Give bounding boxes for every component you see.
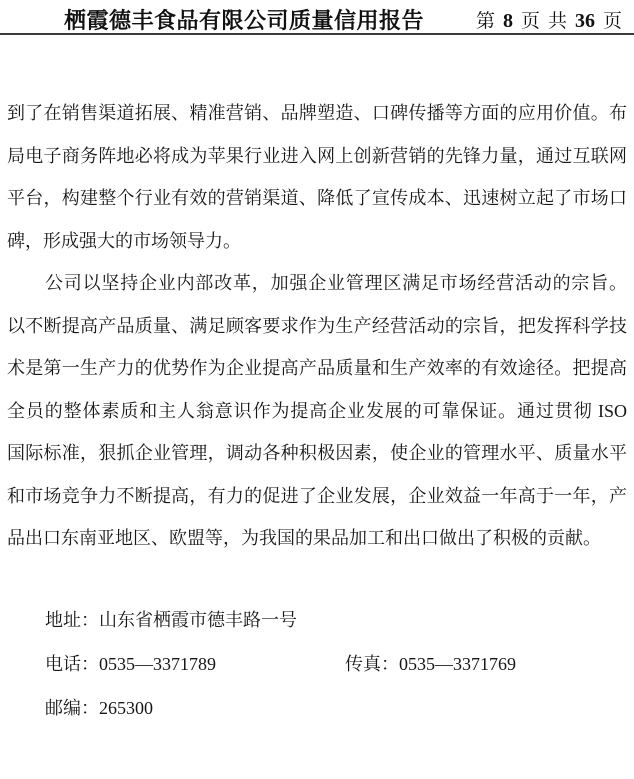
phone-fax-line: 电话：0535—3371789 传真：0535—3371769 bbox=[45, 642, 634, 686]
page-number-indicator: 第8页共36页 bbox=[472, 6, 626, 33]
current-page-number: 8 bbox=[503, 10, 513, 32]
header-title: 栖霞德丰食品有限公司质量信用报告 bbox=[64, 4, 424, 35]
text-line: 品出口东南亚地区、欧盟等，为我国的果品加工和出口做出了积极的贡献。 bbox=[7, 517, 627, 560]
text-line: 全员的整体素质和主人翁意识作为提高企业发展的可靠保证。通过贯彻 ISO bbox=[7, 390, 627, 433]
text-line: 公司以坚持企业内部改革，加强企业管理区满足市场经营活动的宗旨。 bbox=[7, 262, 627, 305]
text-line: 局电子商务阵地必将成为苹果行业进入网上创新营销的先锋力量，通过互联网 bbox=[7, 135, 627, 178]
total-page-number: 36 bbox=[575, 10, 595, 32]
address-line: 地址：山东省栖霞市德丰路一号 bbox=[45, 598, 634, 642]
of-word: 共 bbox=[548, 11, 567, 32]
postal-code-line: 邮编：265300 bbox=[45, 686, 634, 730]
text-line: 以不断提高产品质量、满足顾客要求作为生产经营活动的宗旨，把发挥科学技 bbox=[7, 305, 627, 348]
text-line: 到了在销售渠道拓展、精准营销、品牌塑造、口碑传播等方面的应用价值。布 bbox=[7, 92, 627, 135]
text-line: 和市场竞争力不断提高，有力的促进了企业发展，企业效益一年高于一年，产 bbox=[7, 475, 627, 518]
document-body: 到了在销售渠道拓展、精准营销、品牌塑造、口碑传播等方面的应用价值。布 局电子商务… bbox=[7, 92, 627, 560]
text-line: 术是第一生产力的优势作为企业提高产品质量和生产效率的有效途径。把提高 bbox=[7, 347, 627, 390]
phone-value: 电话：0535—3371789 bbox=[45, 654, 216, 674]
text-line: 碑，形成强大的市场领导力。 bbox=[7, 220, 627, 263]
fax-value: 传真：0535—3371769 bbox=[345, 642, 516, 686]
page-word-prefix: 第 bbox=[476, 11, 495, 32]
page-header: 栖霞德丰食品有限公司质量信用报告 第8页共36页 bbox=[0, 0, 634, 35]
contact-block: 地址：山东省栖霞市德丰路一号 电话：0535—3371789 传真：0535—3… bbox=[45, 598, 634, 730]
text-line: 平台，构建整个行业有效的营销渠道、降低了宣传成本、迅速树立起了市场口 bbox=[7, 177, 627, 220]
page-word-suffix: 页 bbox=[603, 11, 622, 32]
report-page: 栖霞德丰食品有限公司质量信用报告 第8页共36页 到了在销售渠道拓展、精准营销、… bbox=[0, 0, 634, 779]
page-word: 页 bbox=[521, 11, 540, 32]
text-line: 国际标准，狠抓企业管理，调动各种积极因素，使企业的管理水平、质量水平 bbox=[7, 432, 627, 475]
